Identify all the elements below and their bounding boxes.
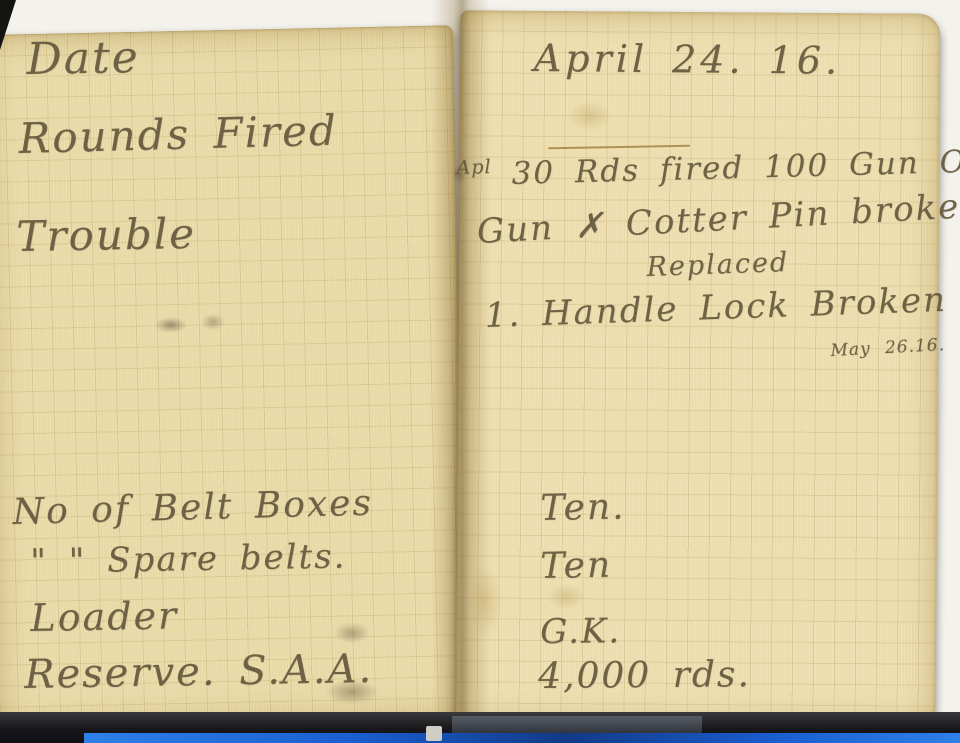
entry-spare-belts-value: Ten bbox=[540, 545, 612, 587]
label-spare-belts: " " Spare belts. bbox=[30, 536, 347, 582]
label-rounds-fired: Rounds Fired bbox=[18, 106, 338, 163]
paper-stain bbox=[560, 96, 620, 136]
pencil-smudge bbox=[314, 674, 390, 710]
notebook-scan: Date Rounds Fired Trouble No of Belt Box… bbox=[0, 0, 960, 743]
entry-belt-boxes-value: Ten. bbox=[540, 487, 626, 529]
label-loader: Loader bbox=[30, 593, 178, 640]
entry-cotter-pin-annotation: Replaced bbox=[646, 247, 790, 283]
pencil-smudge bbox=[148, 314, 194, 336]
paper-stain bbox=[462, 552, 508, 650]
pencil-smudge bbox=[326, 618, 378, 648]
entry-reserve-saa-value: 4,000 rds. bbox=[538, 654, 751, 697]
entry-date-header: April 24. 16. bbox=[534, 36, 842, 83]
entry-loader-value: G.K. bbox=[540, 611, 621, 652]
blue-cover-strip bbox=[84, 733, 960, 743]
label-date: Date bbox=[26, 32, 140, 85]
paper-notch bbox=[426, 726, 442, 741]
pencil-smudge bbox=[196, 310, 230, 334]
label-trouble: Trouble bbox=[16, 209, 196, 261]
right-page bbox=[456, 10, 941, 727]
pencil-smudge bbox=[450, 160, 468, 188]
